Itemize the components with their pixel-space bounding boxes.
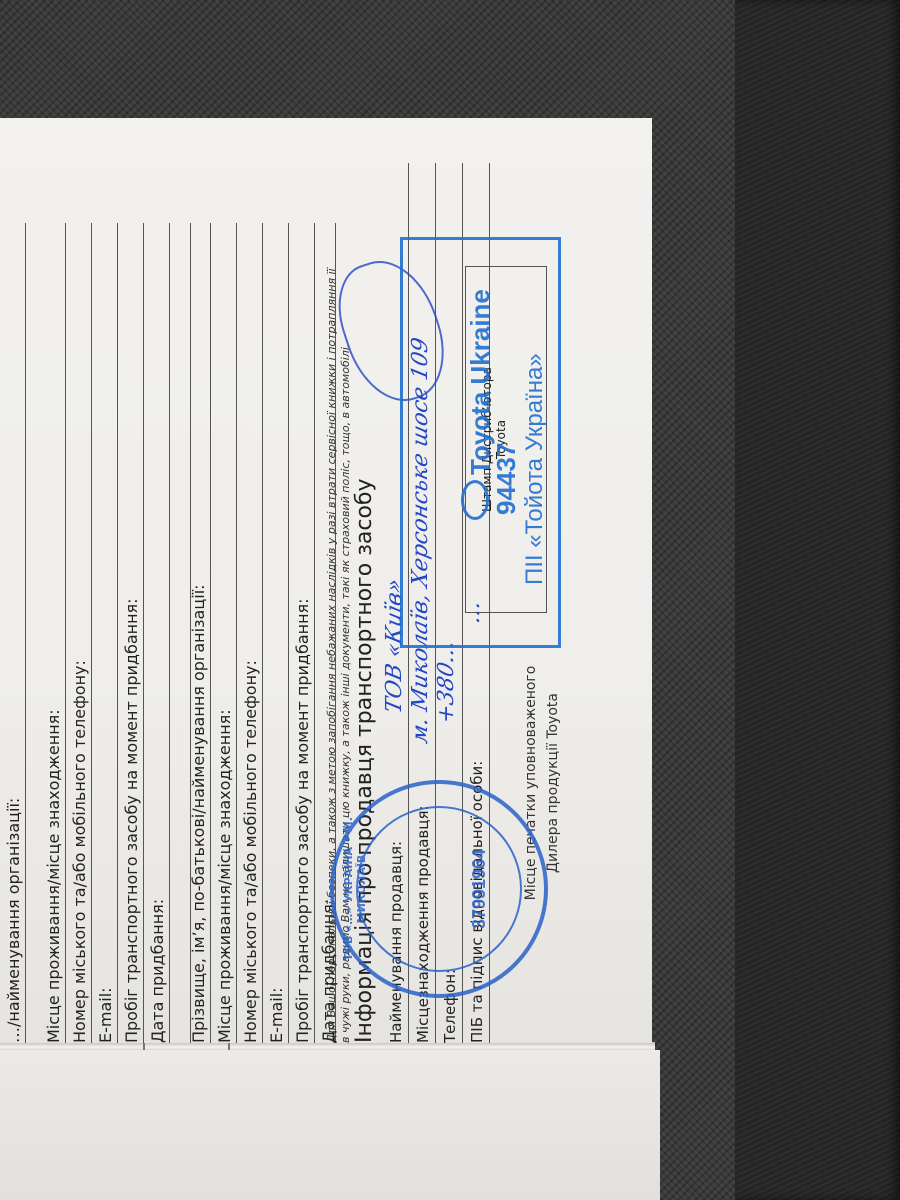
stamp-code: 37991964 (469, 784, 490, 994)
car-seat-side-panel (735, 0, 900, 1200)
stamp-line-2: 94437 (491, 443, 522, 515)
form-field: Пробіг транспортного засобу на момент пр… (289, 223, 315, 1043)
form-field: Прізвище, ім’я, по-батькові/найменування… (185, 223, 211, 1043)
service-book-page: …/найменування організації: Місце прожив… (0, 118, 652, 1043)
handwritten-seller-phone: +380… (434, 638, 459, 726)
stamp-line-3: ПІІ «Тойота Україна» (521, 353, 549, 585)
form-field: E-mail: (263, 223, 289, 1043)
form-field: Номер міського та/або мобільного телефон… (237, 223, 263, 1043)
stamp-inner-ring (356, 806, 522, 972)
form-field: Дата придбання: (144, 223, 170, 1043)
buyer-block-2: Прізвище, ім’я, по-батькові/найменування… (185, 223, 336, 1043)
form-field-partial: …/найменування організації: (0, 223, 26, 1043)
form-field: Пробіг транспортного засобу на момент пр… (118, 223, 144, 1043)
form-field: Номер міського та/або мобільного телефон… (66, 223, 92, 1043)
distributor-rect-stamp: Toyota Ukraine 94437 ПІІ «Тойота Україна… (400, 237, 561, 648)
form-field: Місце проживання/місце знаходження: (211, 223, 237, 1043)
buyer-block-1: Місце проживання/місце знаходження: Номе… (40, 223, 191, 1043)
form-field: E-mail: (92, 223, 118, 1043)
stamp-ring-text: ТОВ «…» УКРАЇНА • М. МИКОЛАЇВ (342, 784, 368, 994)
dealer-round-stamp: ТОВ «…» УКРАЇНА • М. МИКОЛАЇВ 37991964 (330, 780, 548, 998)
toyota-logo-icon (461, 480, 489, 520)
booklet-lower-page (0, 1050, 660, 1200)
form-field: Місце проживання/місце знаходження: (40, 223, 66, 1043)
